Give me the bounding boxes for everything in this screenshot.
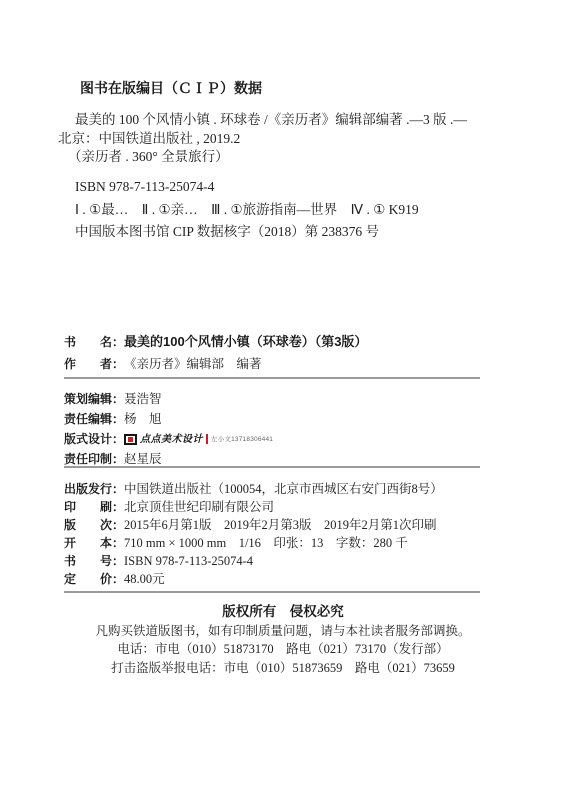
planning-editor-row: 策划编辑：聂浩智 — [64, 389, 504, 409]
cip-isbn: ISBN 978-7-113-25074-4 — [58, 178, 498, 197]
responsible-editor-row: 责任编辑：杨 旭 — [64, 409, 504, 429]
cip-description-line1: 最美的 100 个风情小镇 . 环球卷 /《亲历者》编辑部编著 .—3 版 .— — [58, 111, 498, 130]
printer-row: 印 刷：北京顶佳世纪印刷有限公司 — [64, 498, 504, 516]
cip-heading: 图书在版编目（ＣＩＰ）数据 — [58, 80, 498, 96]
field-label-format: 开 本： — [64, 534, 124, 552]
field-label-publisher: 出版发行： — [64, 480, 124, 498]
edition-value: 2015年6月第1版 2019年2月第3版 2019年2月第1次印刷 — [124, 518, 437, 532]
divider-line-bottom — [64, 591, 480, 593]
book-title-row: 书 名：最美的100个风情小镇（环球卷）（第3版） — [64, 331, 504, 353]
layout-design-row: 版式设计：点点美术设计左小文13718306441 — [64, 429, 504, 449]
book-author-value: 《亲历者》编辑部 编著 — [124, 357, 262, 371]
field-label-planning-editor: 策划编辑： — [64, 390, 124, 409]
cip-classification: Ⅰ . ①最… Ⅱ . ①亲… Ⅲ . ①旅游指南—世界 Ⅳ . ① K919 — [58, 201, 498, 220]
format-row: 开 本：710 mm × 1000 mm 1/16 印张：13 字数：280 千 — [64, 534, 504, 552]
exchange-notice: 凡购买铁道版图书，如有印制质量问题，请与本社读者服务部调换。 — [0, 622, 566, 641]
planning-editor-value: 聂浩智 — [124, 392, 162, 406]
field-label-layout-design: 版式设计： — [64, 430, 124, 449]
responsible-editor-value: 杨 旭 — [124, 412, 162, 426]
book-copyright-page: 图书在版编目（ＣＩＰ）数据 最美的 100 个风情小镇 . 环球卷 /《亲历者》… — [0, 0, 566, 800]
field-label-edition: 版 次： — [64, 516, 124, 534]
price-row: 定 价：48.00元 — [64, 570, 504, 588]
piracy-report-line: 打击盗版举报电话：市电（010）51873659 路电（021）73659 — [0, 659, 566, 678]
isbn-row: 书 号：ISBN 978-7-113-25074-4 — [64, 552, 504, 570]
field-label-printer: 印 刷： — [64, 498, 124, 516]
field-label-author: 作 者： — [64, 354, 124, 375]
format-value: 710 mm × 1000 mm 1/16 印张：13 字数：280 千 — [124, 536, 408, 550]
logo-separator — [206, 434, 208, 444]
price-value: 48.00元 — [124, 572, 165, 586]
editorial-staff-block: 策划编辑：聂浩智 责任编辑：杨 旭 版式设计：点点美术设计左小文13718306… — [64, 389, 504, 469]
publisher-value: 中国铁道出版社（100054，北京市西城区右安门西街8号） — [124, 482, 443, 496]
copyright-notice: 版权所有 侵权必究 — [0, 603, 566, 622]
copyright-footer: 版权所有 侵权必究 凡购买铁道版图书，如有印制质量问题，请与本社读者服务部调换。… — [0, 603, 566, 677]
design-logo-icon — [124, 434, 137, 445]
design-studio-contact: 左小文13718306441 — [211, 430, 273, 449]
book-title-value: 最美的100个风情小镇（环球卷）（第3版） — [124, 334, 367, 349]
field-label-responsible-editor: 责任编辑： — [64, 410, 124, 429]
publisher-row: 出版发行：中国铁道出版社（100054，北京市西城区右安门西街8号） — [64, 480, 504, 498]
design-studio-logo: 点点美术设计左小文13718306441 — [124, 430, 273, 449]
field-label-isbn: 书 号： — [64, 552, 124, 570]
cip-record-number: 中国版本图书馆 CIP 数据核字（2018）第 238376 号 — [58, 223, 498, 242]
cip-description-line2: 北京：中国铁道出版社 , 2019.2 — [58, 130, 498, 149]
phone-line: 电话：市电（010）51873170 路电（021）73170（发行部） — [0, 640, 566, 659]
design-studio-name: 点点美术设计 — [140, 430, 203, 449]
isbn-value: ISBN 978-7-113-25074-4 — [124, 554, 253, 568]
field-label-price: 定 价： — [64, 570, 124, 588]
divider-line-top — [64, 377, 480, 379]
design-logo-dot — [128, 437, 133, 442]
divider-line-middle — [64, 466, 480, 468]
printer-value: 北京顶佳世纪印刷有限公司 — [124, 500, 274, 514]
cip-series-note: （亲历者 . 360° 全景旅行） — [58, 148, 498, 167]
cip-section: 图书在版编目（ＣＩＰ）数据 最美的 100 个风情小镇 . 环球卷 /《亲历者》… — [58, 80, 498, 242]
book-author-row: 作 者：《亲历者》编辑部 编著 — [64, 353, 504, 375]
field-label-title: 书 名： — [64, 332, 124, 353]
book-title-block: 书 名：最美的100个风情小镇（环球卷）（第3版） 作 者：《亲历者》编辑部 编… — [64, 331, 504, 375]
publishing-info-block: 出版发行：中国铁道出版社（100054，北京市西城区右安门西街8号） 印 刷：北… — [64, 480, 504, 588]
edition-row: 版 次：2015年6月第1版 2019年2月第3版 2019年2月第1次印刷 — [64, 516, 504, 534]
print-supervisor-value: 赵星辰 — [124, 452, 162, 466]
